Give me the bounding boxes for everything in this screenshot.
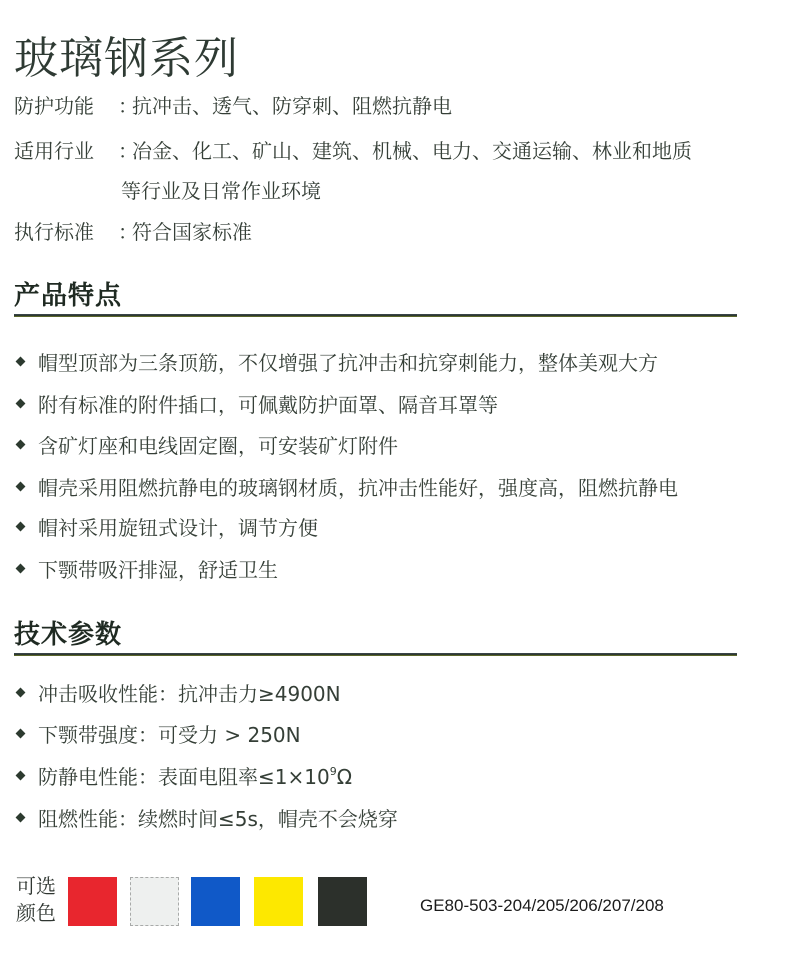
diamond-bullet-icon	[16, 564, 26, 574]
feature-item: 含矿灯座和电线固定圈，可安装矿灯附件	[14, 430, 398, 459]
info-separator: ：	[118, 90, 132, 119]
info-label: 适用行业	[14, 135, 118, 164]
feature-text: 附有标准的附件插口，可佩戴防护面罩、隔音耳罩等	[38, 389, 498, 418]
spec-item: 防静电性能：表面电阻率≤1×109Ω	[14, 761, 352, 790]
diamond-bullet-icon	[16, 357, 26, 367]
specs-heading: 技术参数	[14, 614, 122, 651]
feature-item: 帽型顶部为三条顶筋，不仅增强了抗冲击和抗穿刺能力，整体美观大方	[14, 347, 658, 376]
features-divider	[14, 314, 737, 317]
info-value-continuation: 等行业及日常作业环境	[121, 175, 321, 204]
diamond-bullet-icon	[16, 522, 26, 532]
specs-divider	[14, 653, 737, 656]
features-heading: 产品特点	[14, 275, 122, 312]
info-value: 冶金、化工、矿山、建筑、机械、电力、交通运输、林业和地质	[132, 135, 692, 164]
exponent: 9	[330, 765, 337, 778]
info-value: 抗冲击、透气、防穿刺、阻燃抗静电	[132, 90, 452, 119]
feature-item: 帽衬采用旋钮式设计，调节方便	[14, 512, 318, 541]
diamond-bullet-icon	[16, 440, 26, 450]
spec-text: 防静电性能：表面电阻率≤1×109Ω	[38, 761, 352, 790]
feature-text: 帽型顶部为三条顶筋，不仅增强了抗冲击和抗穿刺能力，整体美观大方	[38, 347, 658, 376]
color-swatch-white	[130, 877, 179, 926]
color-swatch-blue	[191, 877, 240, 926]
color-swatch-yellow	[254, 877, 303, 926]
info-separator: ：	[118, 216, 132, 245]
info-label: 防护功能	[14, 90, 118, 119]
unit-symbol: Ω	[337, 765, 352, 789]
spec-item: 冲击吸收性能：抗冲击力≥4900N	[14, 678, 341, 707]
info-value: 符合国家标准	[132, 216, 252, 245]
info-row-protection: 防护功能 ： 抗冲击、透气、防穿刺、阻燃抗静电	[14, 90, 452, 119]
feature-item: 下颚带吸汗排湿，舒适卫生	[14, 554, 278, 583]
info-row-standard: 执行标准 ： 符合国家标准	[14, 216, 252, 245]
spec-text: 下颚带强度：可受力 > 250N	[38, 719, 301, 748]
spec-text: 冲击吸收性能：抗冲击力≥4900N	[38, 678, 341, 707]
page-title: 玻璃钢系列	[14, 22, 239, 86]
diamond-bullet-icon	[16, 729, 26, 739]
feature-item: 附有标准的附件插口，可佩戴防护面罩、隔音耳罩等	[14, 389, 498, 418]
info-separator: ：	[118, 135, 132, 164]
feature-text: 帽壳采用阻燃抗静电的玻璃钢材质，抗冲击性能好，强度高，阻燃抗静电	[38, 472, 678, 501]
diamond-bullet-icon	[16, 813, 26, 823]
diamond-bullet-icon	[16, 399, 26, 409]
colors-label: 可选颜色	[16, 873, 66, 927]
spec-text-main: 防静电性能：表面电阻率≤1×10	[38, 765, 330, 789]
model-number: GE80-503-204/205/206/207/208	[420, 896, 664, 916]
color-swatch-black	[318, 877, 367, 926]
feature-item: 帽壳采用阻燃抗静电的玻璃钢材质，抗冲击性能好，强度高，阻燃抗静电	[14, 472, 678, 501]
spec-text: 阻燃性能：续燃时间≤5s，帽壳不会烧穿	[38, 803, 398, 832]
feature-text: 帽衬采用旋钮式设计，调节方便	[38, 512, 318, 541]
diamond-bullet-icon	[16, 482, 26, 492]
diamond-bullet-icon	[16, 688, 26, 698]
info-label: 执行标准	[14, 216, 118, 245]
spec-item: 阻燃性能：续燃时间≤5s，帽壳不会烧穿	[14, 803, 398, 832]
diamond-bullet-icon	[16, 771, 26, 781]
feature-text: 下颚带吸汗排湿，舒适卫生	[38, 554, 278, 583]
color-swatch-red	[68, 877, 117, 926]
spec-item: 下颚带强度：可受力 > 250N	[14, 719, 301, 748]
info-row-industry: 适用行业 ： 冶金、化工、矿山、建筑、机械、电力、交通运输、林业和地质	[14, 135, 692, 164]
feature-text: 含矿灯座和电线固定圈，可安装矿灯附件	[38, 430, 398, 459]
